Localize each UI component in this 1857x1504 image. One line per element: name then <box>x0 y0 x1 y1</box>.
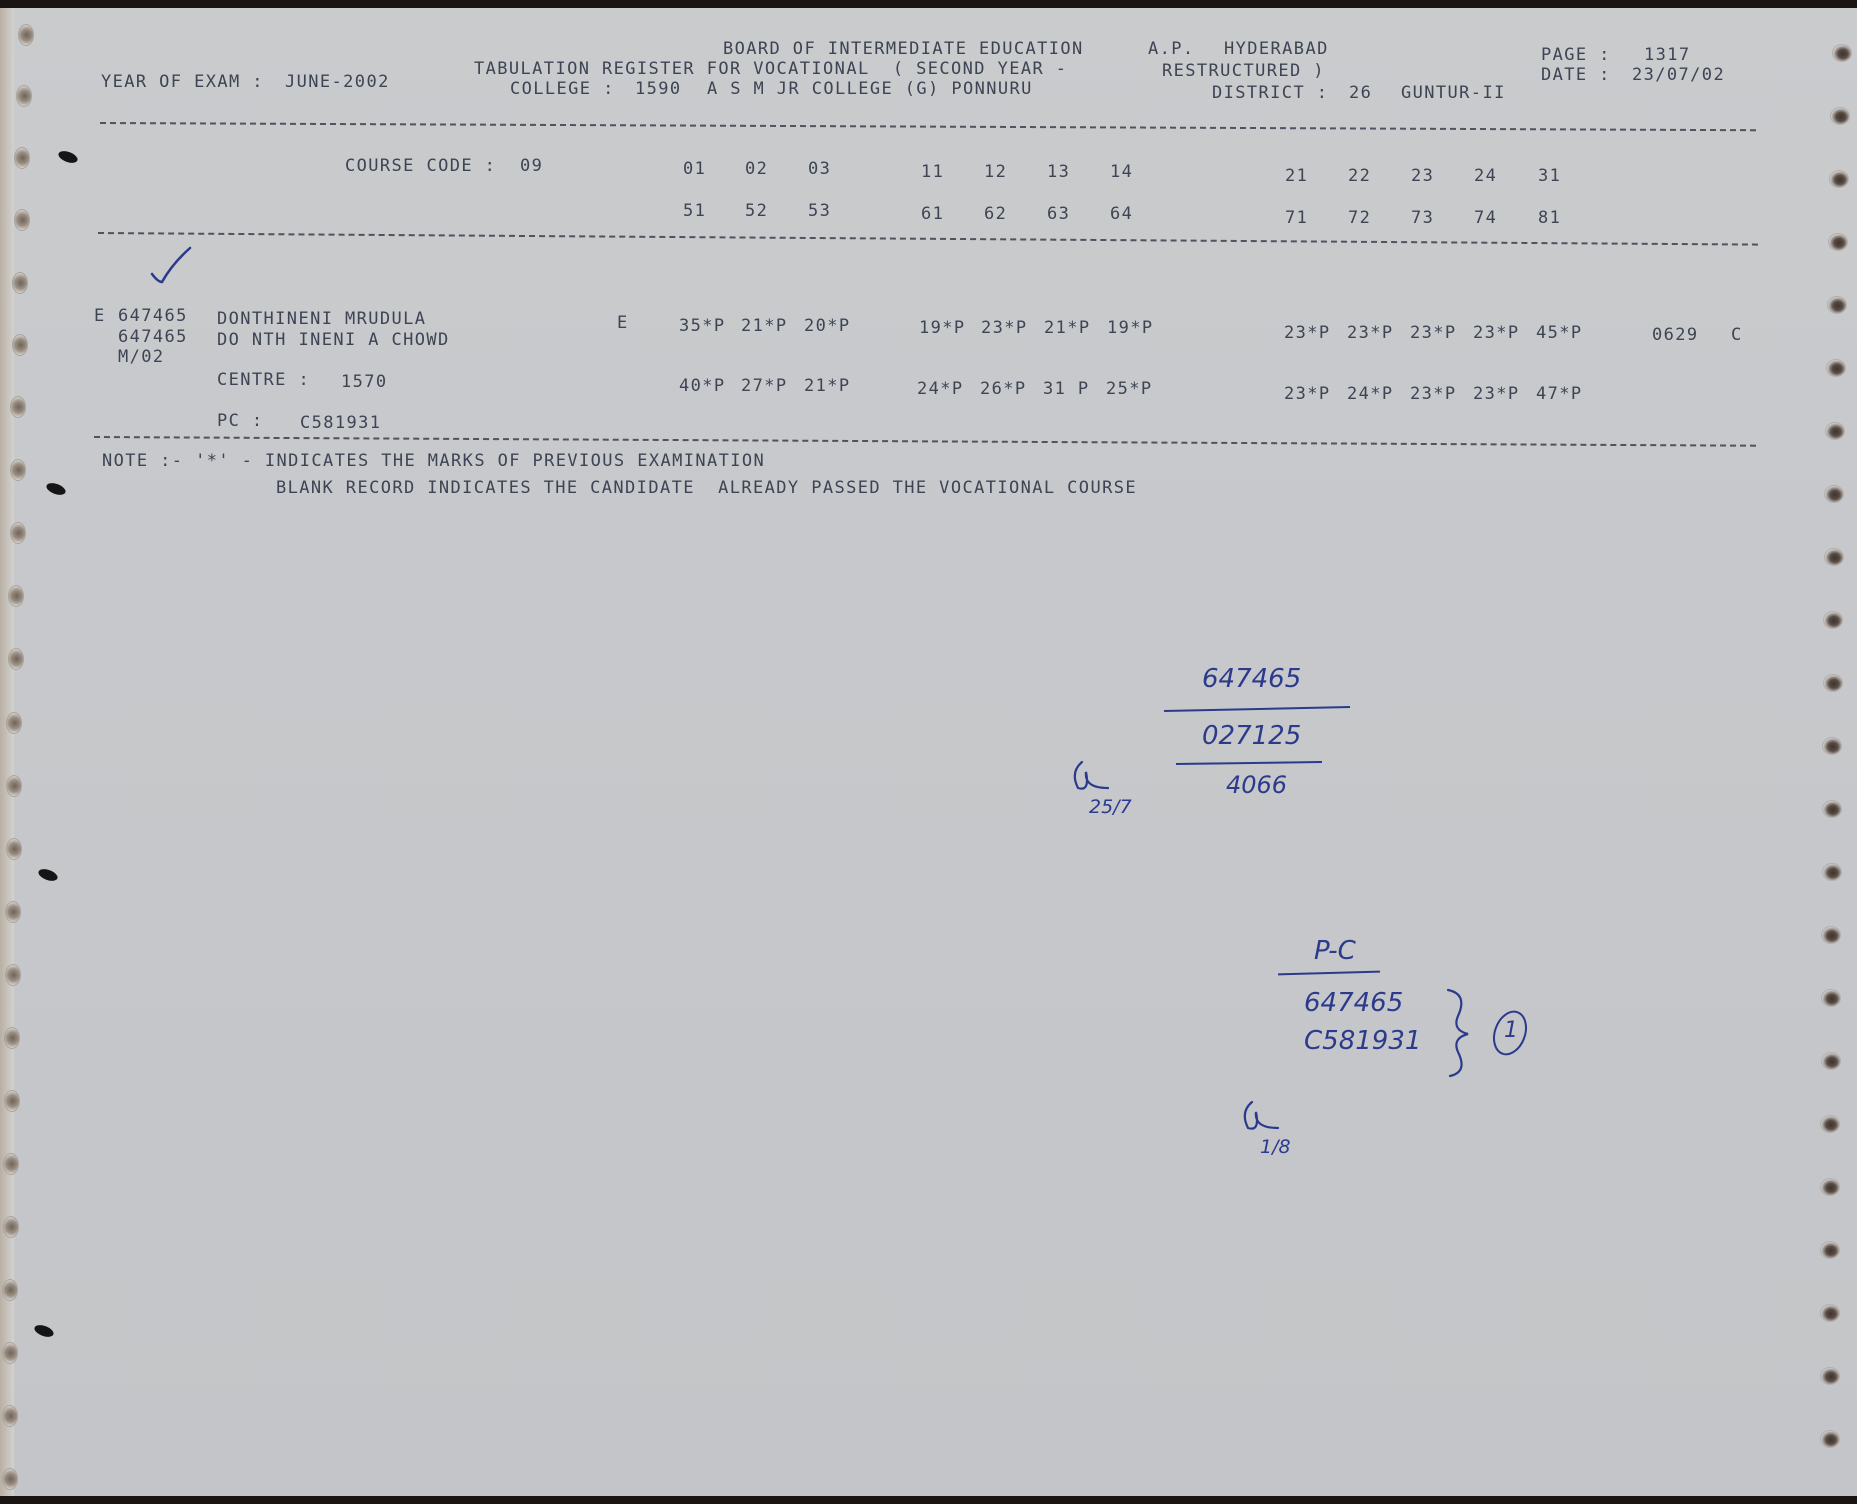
subject-code: 13 <box>1047 162 1070 182</box>
perforation-hole <box>6 838 22 860</box>
brace-icon <box>1444 986 1474 1080</box>
subject-code: 31 <box>1538 166 1561 186</box>
perforation-hole <box>1821 926 1841 944</box>
perforation-hole <box>10 396 26 418</box>
medium-code: E <box>617 313 629 333</box>
subject-code: 53 <box>808 201 831 221</box>
subject-code: 51 <box>683 201 706 221</box>
handwritten-number: 4066 <box>1226 771 1287 799</box>
pc-value: C581931 <box>300 413 381 433</box>
mark-cell: 23*P <box>1284 323 1331 343</box>
category-code: E <box>94 306 106 326</box>
mark-cell: 27*P <box>741 376 788 396</box>
centre-value: 1570 <box>341 372 388 392</box>
binder-hole <box>37 867 59 883</box>
mark-cell: 24*P <box>917 379 964 399</box>
perforation-hole <box>2 1405 18 1427</box>
perforation-hole <box>1832 44 1852 62</box>
subject-code: 14 <box>1110 162 1133 182</box>
state-label: A.P. <box>1148 39 1195 59</box>
subject-code: 63 <box>1047 204 1070 224</box>
signature-icon <box>1068 758 1112 798</box>
centre-label: CENTRE : <box>217 370 310 390</box>
perforation-hole <box>2 1342 18 1364</box>
pc-label: PC : <box>217 411 264 431</box>
subject-code: 61 <box>921 204 944 224</box>
initials-date: 25/7 <box>1089 796 1132 818</box>
subject-code: 52 <box>745 201 768 221</box>
hall-ticket-number: 647465 <box>118 306 188 326</box>
perforation-hole <box>1822 863 1842 881</box>
perforation-hole <box>1830 107 1850 125</box>
perforation-hole <box>1820 1367 1840 1385</box>
handwritten-heading: P-C <box>1314 936 1356 966</box>
divider-line <box>98 232 1758 246</box>
perforation-hole <box>2 1279 18 1301</box>
mark-cell: 23*P <box>1410 384 1457 404</box>
perforation-hole <box>5 901 21 923</box>
mark-cell: 26*P <box>980 379 1027 399</box>
perforation-hole <box>1821 989 1841 1007</box>
year-of-exam-value: JUNE-2002 <box>285 72 390 92</box>
subject-code: 22 <box>1348 166 1371 186</box>
binder-hole <box>45 481 67 497</box>
perforation-hole <box>1829 170 1849 188</box>
perforation-hole <box>14 147 30 169</box>
mark-cell: 31 P <box>1043 379 1090 399</box>
mark-cell: 23*P <box>1473 384 1520 404</box>
subject-code: 23 <box>1411 166 1434 186</box>
perforation-hole <box>16 85 32 107</box>
perforation-hole <box>1822 800 1842 818</box>
perforation-hole <box>1823 674 1843 692</box>
parent-name: DO NTH INENI A CHOWD <box>217 330 450 350</box>
handwritten-pc-code: C581931 <box>1304 1026 1421 1056</box>
perforation-hole <box>12 334 28 356</box>
perforation-hole <box>4 1090 20 1112</box>
perforation-hole <box>1822 737 1842 755</box>
note-line-2: BLANK RECORD INDICATES THE CANDIDATE ALR… <box>276 478 1137 498</box>
register-title: TABULATION REGISTER FOR VOCATIONAL ( SEC… <box>474 59 1067 79</box>
subject-code: 02 <box>745 159 768 179</box>
mark-cell: 21*P <box>1044 318 1091 338</box>
perforation-hole <box>1820 1304 1840 1322</box>
college-label: COLLEGE : <box>510 79 615 99</box>
perforation-hole <box>1824 548 1844 566</box>
mark-cell: 23*P <box>981 318 1028 338</box>
course-code-value: 09 <box>520 156 543 176</box>
date-label: DATE : <box>1541 65 1611 85</box>
perforation-hole <box>3 1216 19 1238</box>
mark-cell: 20*P <box>804 316 851 336</box>
perforation-hole <box>18 24 34 46</box>
signature-icon <box>1238 1098 1282 1138</box>
subject-code: 11 <box>921 162 944 182</box>
course-code-label: COURSE CODE : <box>345 156 496 176</box>
handwritten-underline <box>1278 971 1380 976</box>
perforation-hole <box>12 272 28 294</box>
handwritten-ticket: 647465 <box>1304 988 1403 1018</box>
perforation-hole <box>1821 1052 1841 1070</box>
board-title: BOARD OF INTERMEDIATE EDUCATION <box>723 39 1084 59</box>
perforation-hole <box>3 1153 19 1175</box>
date-value: 23/07/02 <box>1632 65 1725 85</box>
perforation-hole <box>6 775 22 797</box>
initials-date: 1/8 <box>1260 1136 1291 1158</box>
perforation-hole <box>1827 296 1847 314</box>
candidate-name: DONTHINENI MRUDULA <box>217 309 426 329</box>
circled-count: 1 <box>1504 1018 1518 1043</box>
perforation-hole <box>1824 485 1844 503</box>
page-label: PAGE : <box>1541 45 1611 65</box>
mark-cell: 24*P <box>1347 384 1394 404</box>
subject-code: 03 <box>808 159 831 179</box>
subject-code: 62 <box>984 204 1007 224</box>
mark-cell: 47*P <box>1536 384 1583 404</box>
mark-cell: 21*P <box>804 376 851 396</box>
handwritten-underline <box>1164 706 1350 712</box>
perforation-hole <box>6 712 22 734</box>
perforation-hole <box>2 1468 18 1490</box>
perforation-hole <box>10 522 26 544</box>
session-code: M/02 <box>118 347 165 367</box>
mark-cell: 19*P <box>919 318 966 338</box>
handwritten-number: 647465 <box>1202 664 1301 694</box>
perforation-hole <box>1823 611 1843 629</box>
perforation-hole <box>1828 233 1848 251</box>
mark-cell: 21*P <box>741 316 788 336</box>
total-marks: 0629 <box>1652 325 1699 345</box>
note-line-1: NOTE :- '*' - INDICATES THE MARKS OF PRE… <box>102 451 765 471</box>
perforation-hole <box>10 459 26 481</box>
perforation-hole <box>8 585 24 607</box>
register-title-cont: RESTRUCTURED ) <box>1162 61 1325 81</box>
mark-cell: 23*P <box>1473 323 1520 343</box>
perforation-hole <box>1820 1178 1840 1196</box>
binder-hole <box>33 1323 55 1339</box>
subject-code: 64 <box>1110 204 1133 224</box>
mark-cell: 23*P <box>1347 323 1394 343</box>
divider-line <box>100 122 1756 131</box>
subject-code: 81 <box>1538 208 1561 228</box>
checkmark-icon <box>150 246 200 286</box>
result-grade: C <box>1731 325 1743 345</box>
divider-line <box>94 436 1756 447</box>
perforation-hole <box>4 1027 20 1049</box>
page-number: 1317 <box>1644 45 1691 65</box>
perforation-hole <box>1820 1115 1840 1133</box>
college-name: A S M JR COLLEGE (G) PONNURU <box>707 79 1033 99</box>
perforation-hole <box>14 209 30 231</box>
mark-cell: 23*P <box>1410 323 1457 343</box>
district-label: DISTRICT : <box>1212 83 1328 103</box>
subject-code: 21 <box>1285 166 1308 186</box>
subject-code: 74 <box>1474 208 1497 228</box>
subject-code: 73 <box>1411 208 1434 228</box>
tabulation-register-page: BOARD OF INTERMEDIATE EDUCATION A.P. HYD… <box>14 8 1857 1496</box>
subject-code: 01 <box>683 159 706 179</box>
subject-code: 72 <box>1348 208 1371 228</box>
mark-cell: 35*P <box>679 316 726 336</box>
perforation-hole <box>1825 422 1845 440</box>
handwritten-number: 027125 <box>1202 721 1301 751</box>
year-of-exam-label: YEAR OF EXAM : <box>101 72 264 92</box>
perforation-hole <box>5 964 21 986</box>
city-label: HYDERABAD <box>1224 39 1329 59</box>
perforation-hole <box>1820 1241 1840 1259</box>
handwritten-underline <box>1176 761 1322 765</box>
college-code: 1590 <box>635 79 682 99</box>
district-code: 26 <box>1349 83 1372 103</box>
subject-code: 71 <box>1285 208 1308 228</box>
subject-code: 12 <box>984 162 1007 182</box>
mark-cell: 25*P <box>1106 379 1153 399</box>
mark-cell: 45*P <box>1536 323 1583 343</box>
mark-cell: 23*P <box>1284 384 1331 404</box>
district-name: GUNTUR-II <box>1401 83 1506 103</box>
binder-hole <box>57 149 79 165</box>
mark-cell: 40*P <box>679 376 726 396</box>
subject-code: 24 <box>1474 166 1497 186</box>
perforation-hole <box>1820 1430 1840 1448</box>
hall-ticket-number-2: 647465 <box>118 327 188 347</box>
perforation-hole <box>8 648 24 670</box>
mark-cell: 19*P <box>1107 318 1154 338</box>
perforation-hole <box>1826 359 1846 377</box>
